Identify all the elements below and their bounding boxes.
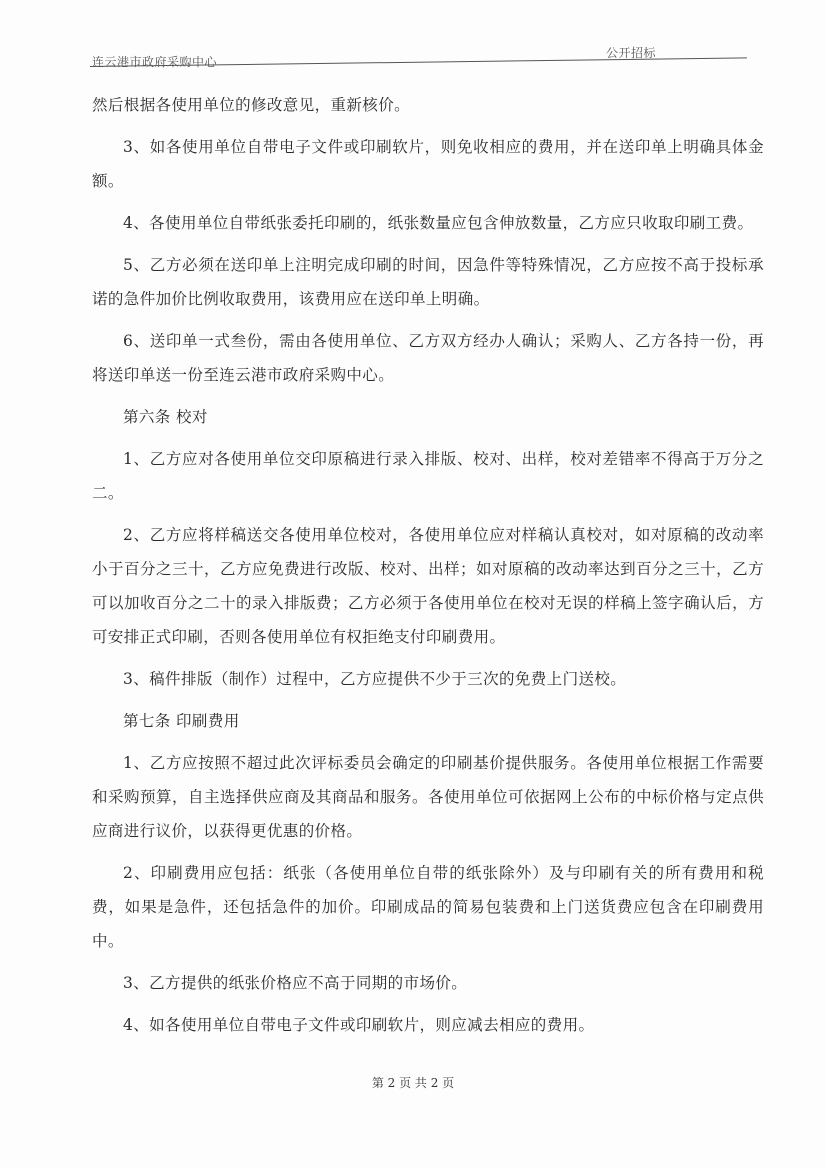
- paragraph-continuation: 然后根据各使用单位的修改意见，重新核价。: [92, 88, 764, 122]
- clause-item: 5、乙方必须在送印单上注明完成印刷的时间，因急件等特殊情况，乙方应按不高于投标承…: [92, 248, 764, 316]
- clause-item: 2、乙方应将样稿送交各使用单位校对，各使用单位应对样稿认真校对，如对原稿的改动率…: [92, 518, 764, 654]
- clause-item: 2、印刷费用应包括：纸张（各使用单位自带的纸张除外）及与印刷有关的所有费用和税费…: [92, 856, 764, 958]
- clause-item: 3、稿件排版（制作）过程中，乙方应提供不少于三次的免费上门送校。: [92, 662, 764, 696]
- clause-item: 3、如各使用单位自带电子文件或印刷软片，则免收相应的费用，并在送印单上明确具体金…: [92, 130, 764, 198]
- clause-item: 1、乙方应对各使用单位交印原稿进行录入排版、校对、出样，校对差错率不得高于万分之…: [92, 442, 764, 510]
- clause-item: 1、乙方应按照不超过此次评标委员会确定的印刷基价提供服务。各使用单位根据工作需要…: [92, 746, 764, 848]
- clause-item: 6、送印单一式叁份，需由各使用单位、乙方双方经办人确认；采购人、乙方各持一份，再…: [92, 324, 764, 392]
- article-heading-printing-fees: 第七条 印刷费用: [92, 704, 764, 738]
- clause-item: 4、各使用单位自带纸张委托印刷的，纸张数量应包含伸放数量，乙方应只收取印刷工费。: [92, 206, 764, 240]
- document-body: 然后根据各使用单位的修改意见，重新核价。 3、如各使用单位自带电子文件或印刷软片…: [92, 88, 764, 1050]
- page-number: 第 2 页 共 2 页: [0, 1074, 826, 1091]
- header-organization: 连云港市政府采购中心: [92, 53, 217, 70]
- clause-item: 4、如各使用单位自带电子文件或印刷软片，则应减去相应的费用。: [92, 1008, 764, 1042]
- document-page: 连云港市政府采购中心 公开招标 然后根据各使用单位的修改意见，重新核价。 3、如…: [0, 0, 826, 1168]
- clause-item: 3、乙方提供的纸张价格应不高于同期的市场价。: [92, 966, 764, 1000]
- article-heading-proofreading: 第六条 校对: [92, 400, 764, 434]
